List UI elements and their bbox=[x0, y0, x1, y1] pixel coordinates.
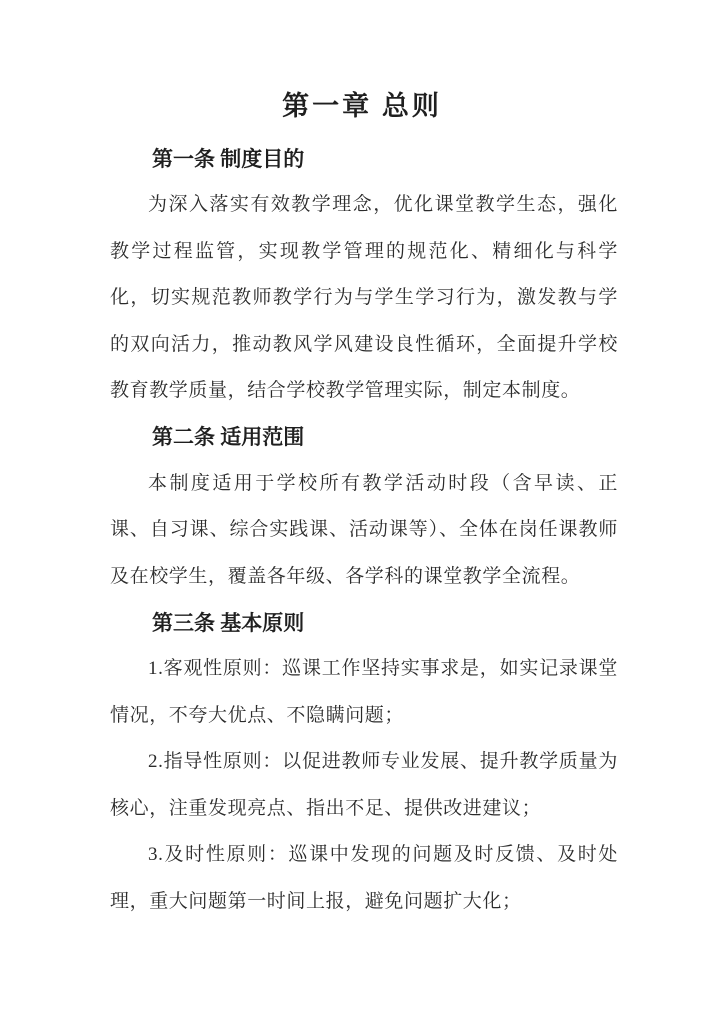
document-body: 第一条 制度目的 为深入落实有效教学理念，优化课堂教学生态，强化教学过程监管，实… bbox=[110, 136, 618, 925]
article-3-principle-1: 1.客观性原则：巡课工作坚持实事求是，如实记录课堂情况，不夸大优点、不隐瞒问题； bbox=[110, 646, 618, 739]
article-3-principle-3: 3.及时性原则：巡课中发现的问题及时反馈、及时处理，重大问题第一时间上报，避免问… bbox=[110, 832, 618, 925]
article-3-principle-2: 2.指导性原则：以促进教师专业发展、提升教学质量为核心，注重发现亮点、指出不足、… bbox=[110, 739, 618, 832]
article-2-paragraph: 本制度适用于学校所有教学活动时段（含早读、正课、自习课、综合实践课、活动课等）、… bbox=[110, 461, 618, 600]
article-1-paragraph: 为深入落实有效教学理念，优化课堂教学生态，强化教学过程监管，实现教学管理的规范化… bbox=[110, 182, 618, 414]
article-heading-1: 第一条 制度目的 bbox=[110, 136, 618, 182]
article-section-1: 第一条 制度目的 为深入落实有效教学理念，优化课堂教学生态，强化教学过程监管，实… bbox=[110, 136, 618, 414]
article-section-2: 第二条 适用范围 本制度适用于学校所有教学活动时段（含早读、正课、自习课、综合实… bbox=[110, 414, 618, 600]
chapter-title: 第一章 总则 bbox=[0, 86, 724, 126]
article-heading-3: 第三条 基本原则 bbox=[110, 600, 618, 646]
document-page: 第一章 总则 第一条 制度目的 为深入落实有效教学理念，优化课堂教学生态，强化教… bbox=[0, 0, 724, 1024]
article-heading-2: 第二条 适用范围 bbox=[110, 414, 618, 460]
article-section-3: 第三条 基本原则 1.客观性原则：巡课工作坚持实事求是，如实记录课堂情况，不夸大… bbox=[110, 600, 618, 925]
